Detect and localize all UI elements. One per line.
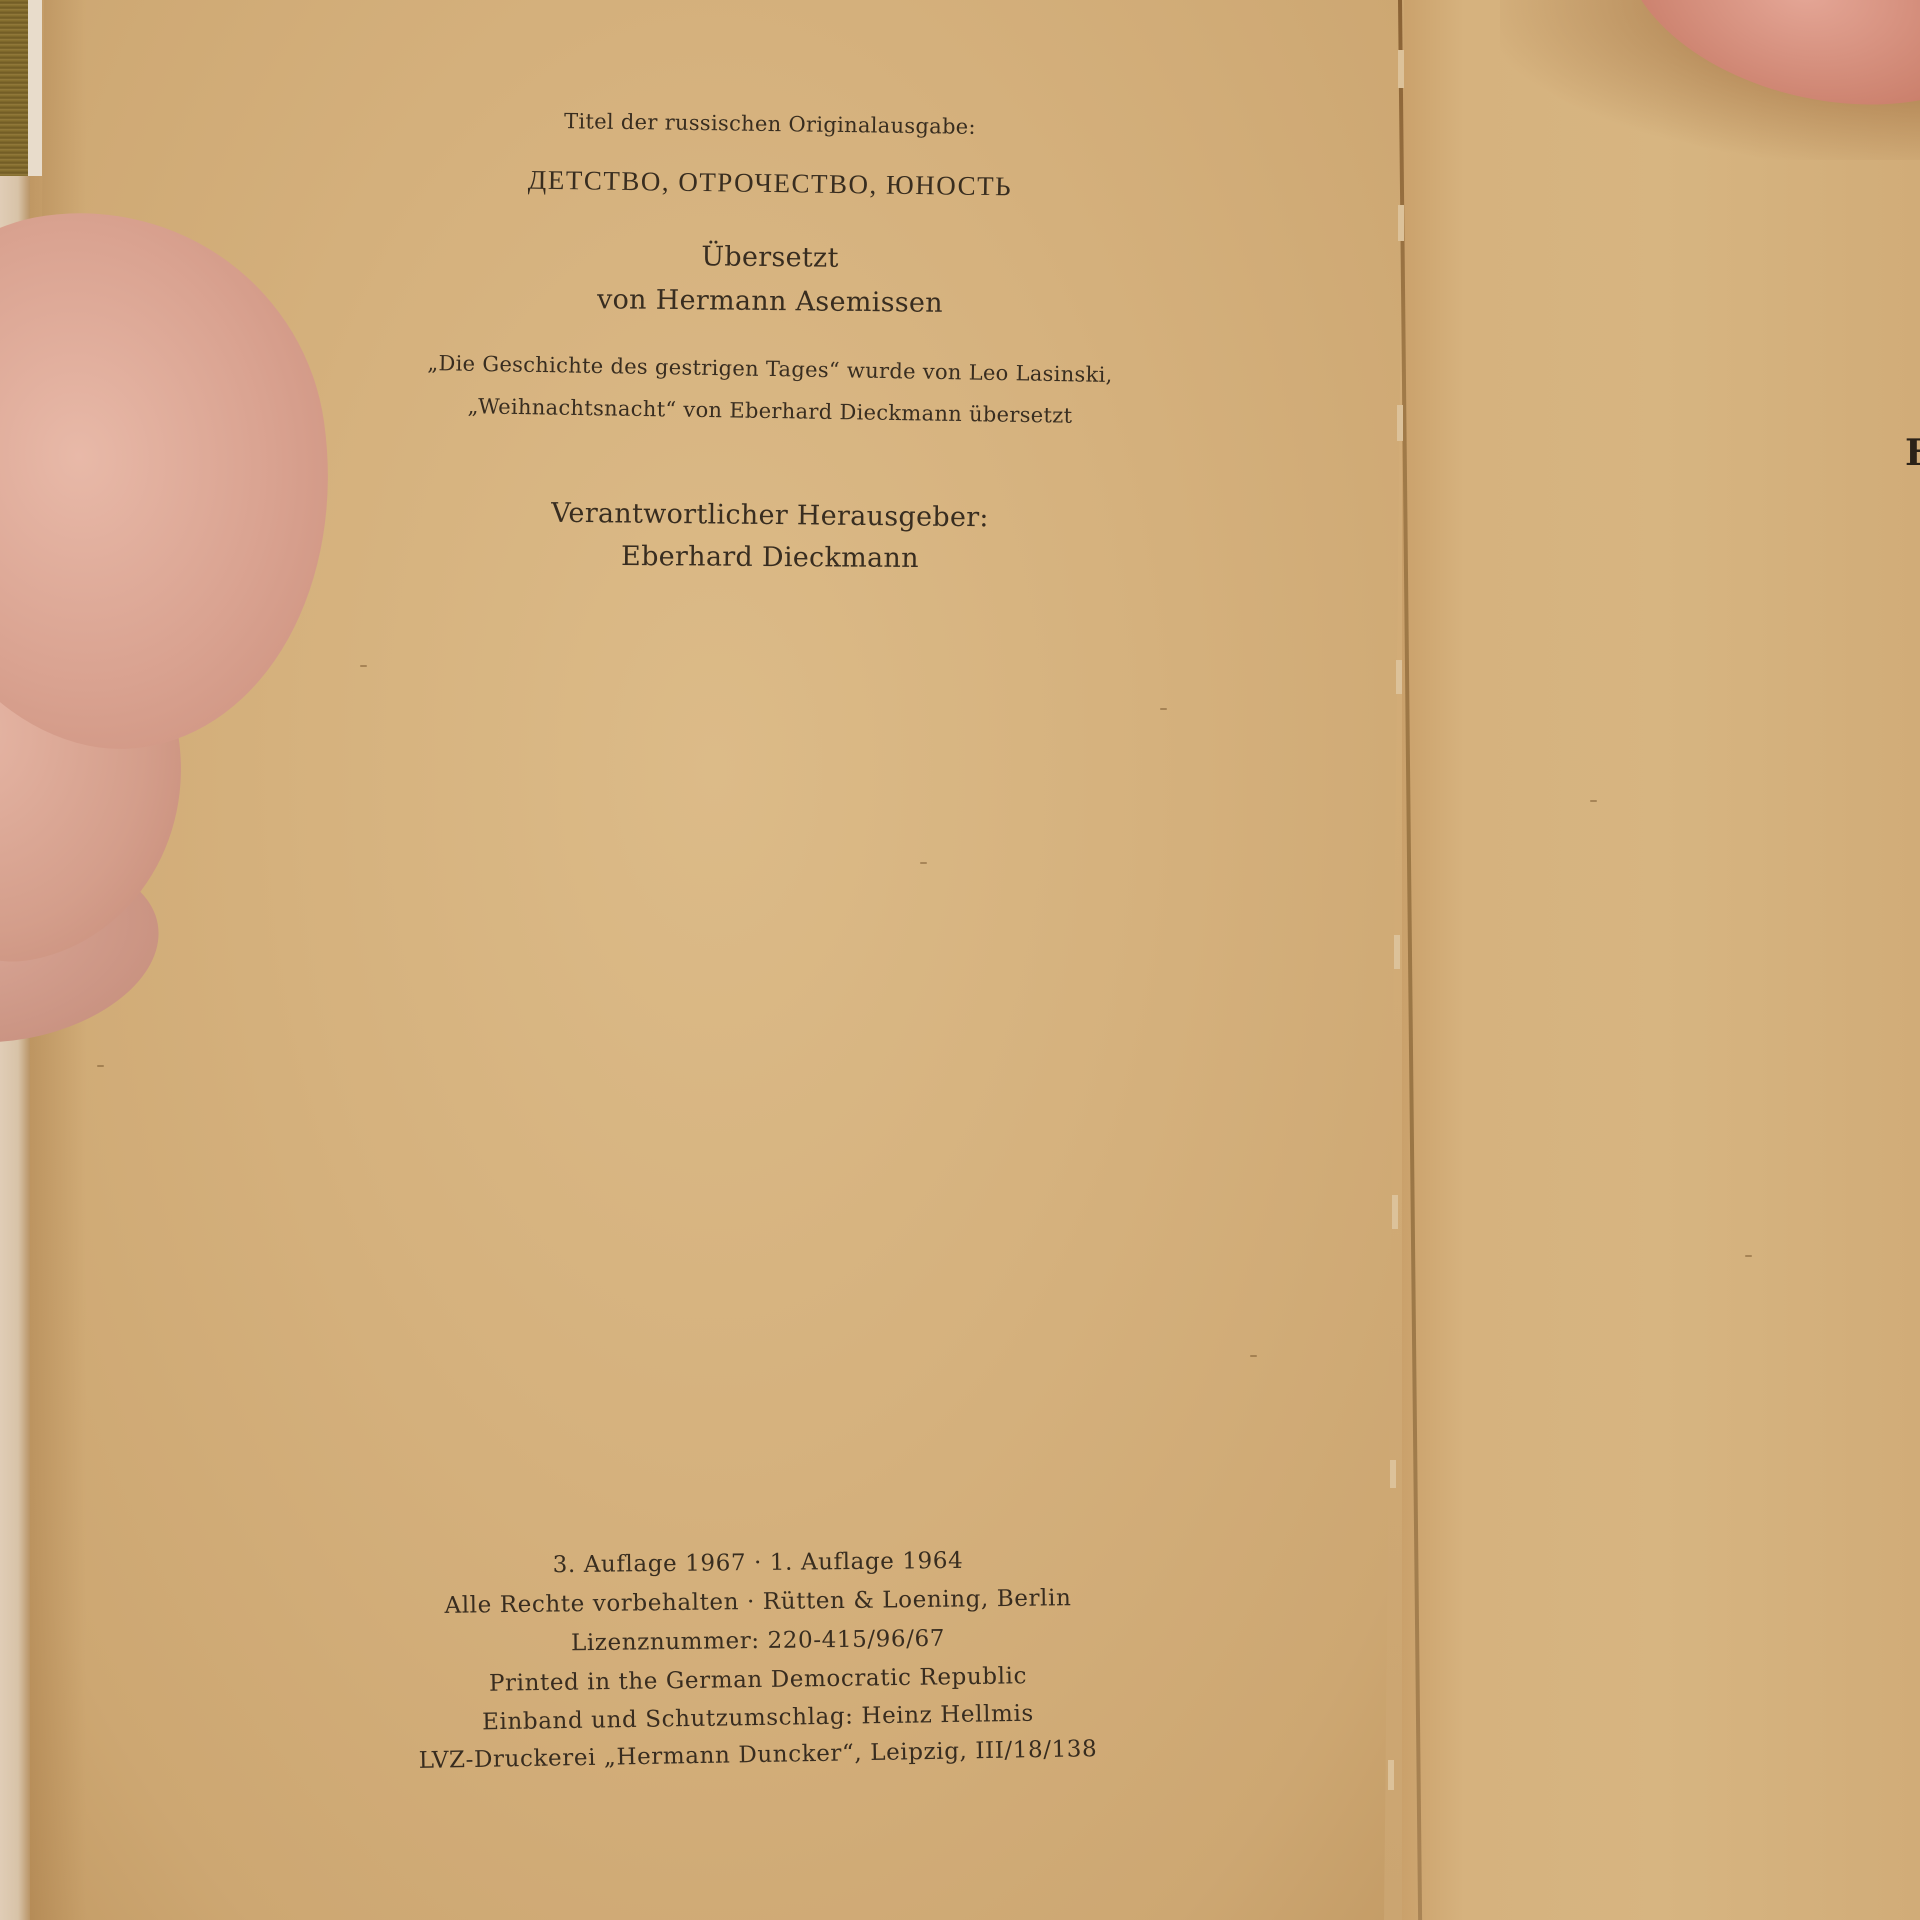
spine-stitch	[1388, 1760, 1394, 1790]
spine-stitch	[1392, 1195, 1398, 1229]
paper-speck	[1745, 1255, 1752, 1257]
spine-stitch	[1394, 935, 1400, 969]
cover-inner-edge	[28, 0, 42, 176]
paper-speck	[1250, 1355, 1257, 1357]
spine-stitch	[1398, 205, 1404, 241]
spine-stitch	[1398, 50, 1404, 88]
paper-speck	[1590, 800, 1597, 802]
paper-speck	[360, 665, 367, 667]
cloth-cover-edge	[0, 0, 28, 176]
book-photo: Titel der russischen Originalausgabe: ДЕ…	[0, 0, 1920, 1920]
paper-speck	[1160, 708, 1167, 710]
paper-speck	[97, 1065, 104, 1067]
paper-speck	[920, 862, 927, 864]
right-page-partial-text: H	[1905, 432, 1920, 474]
spine-stitch	[1396, 660, 1402, 694]
spine-stitch	[1390, 1460, 1396, 1488]
